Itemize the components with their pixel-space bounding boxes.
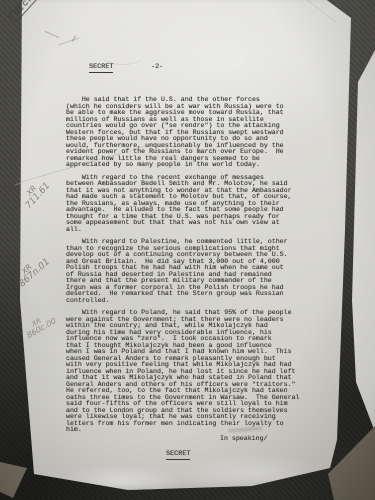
header-classification: SECRET bbox=[89, 63, 113, 73]
footer-classification: SECRET bbox=[166, 450, 190, 460]
footer-catchword: In speaking/ bbox=[220, 435, 267, 442]
paragraph-smith-molotov: With regard to the recent exchange of me… bbox=[66, 175, 328, 234]
paragraph-poland: With regard to Poland, he said that 95% … bbox=[66, 310, 328, 434]
page-number: -2- bbox=[151, 63, 163, 71]
paragraph-us-forces: He said that if the U.S. and the other f… bbox=[66, 97, 328, 169]
document-photo: SECRET SECRET -2- XR 711.61 XR 867n.01 X… bbox=[0, 0, 375, 500]
paragraph-palestine: With regard to Palestine, he commented l… bbox=[66, 239, 328, 304]
document-body: He said that if the U.S. and the other f… bbox=[66, 97, 328, 440]
